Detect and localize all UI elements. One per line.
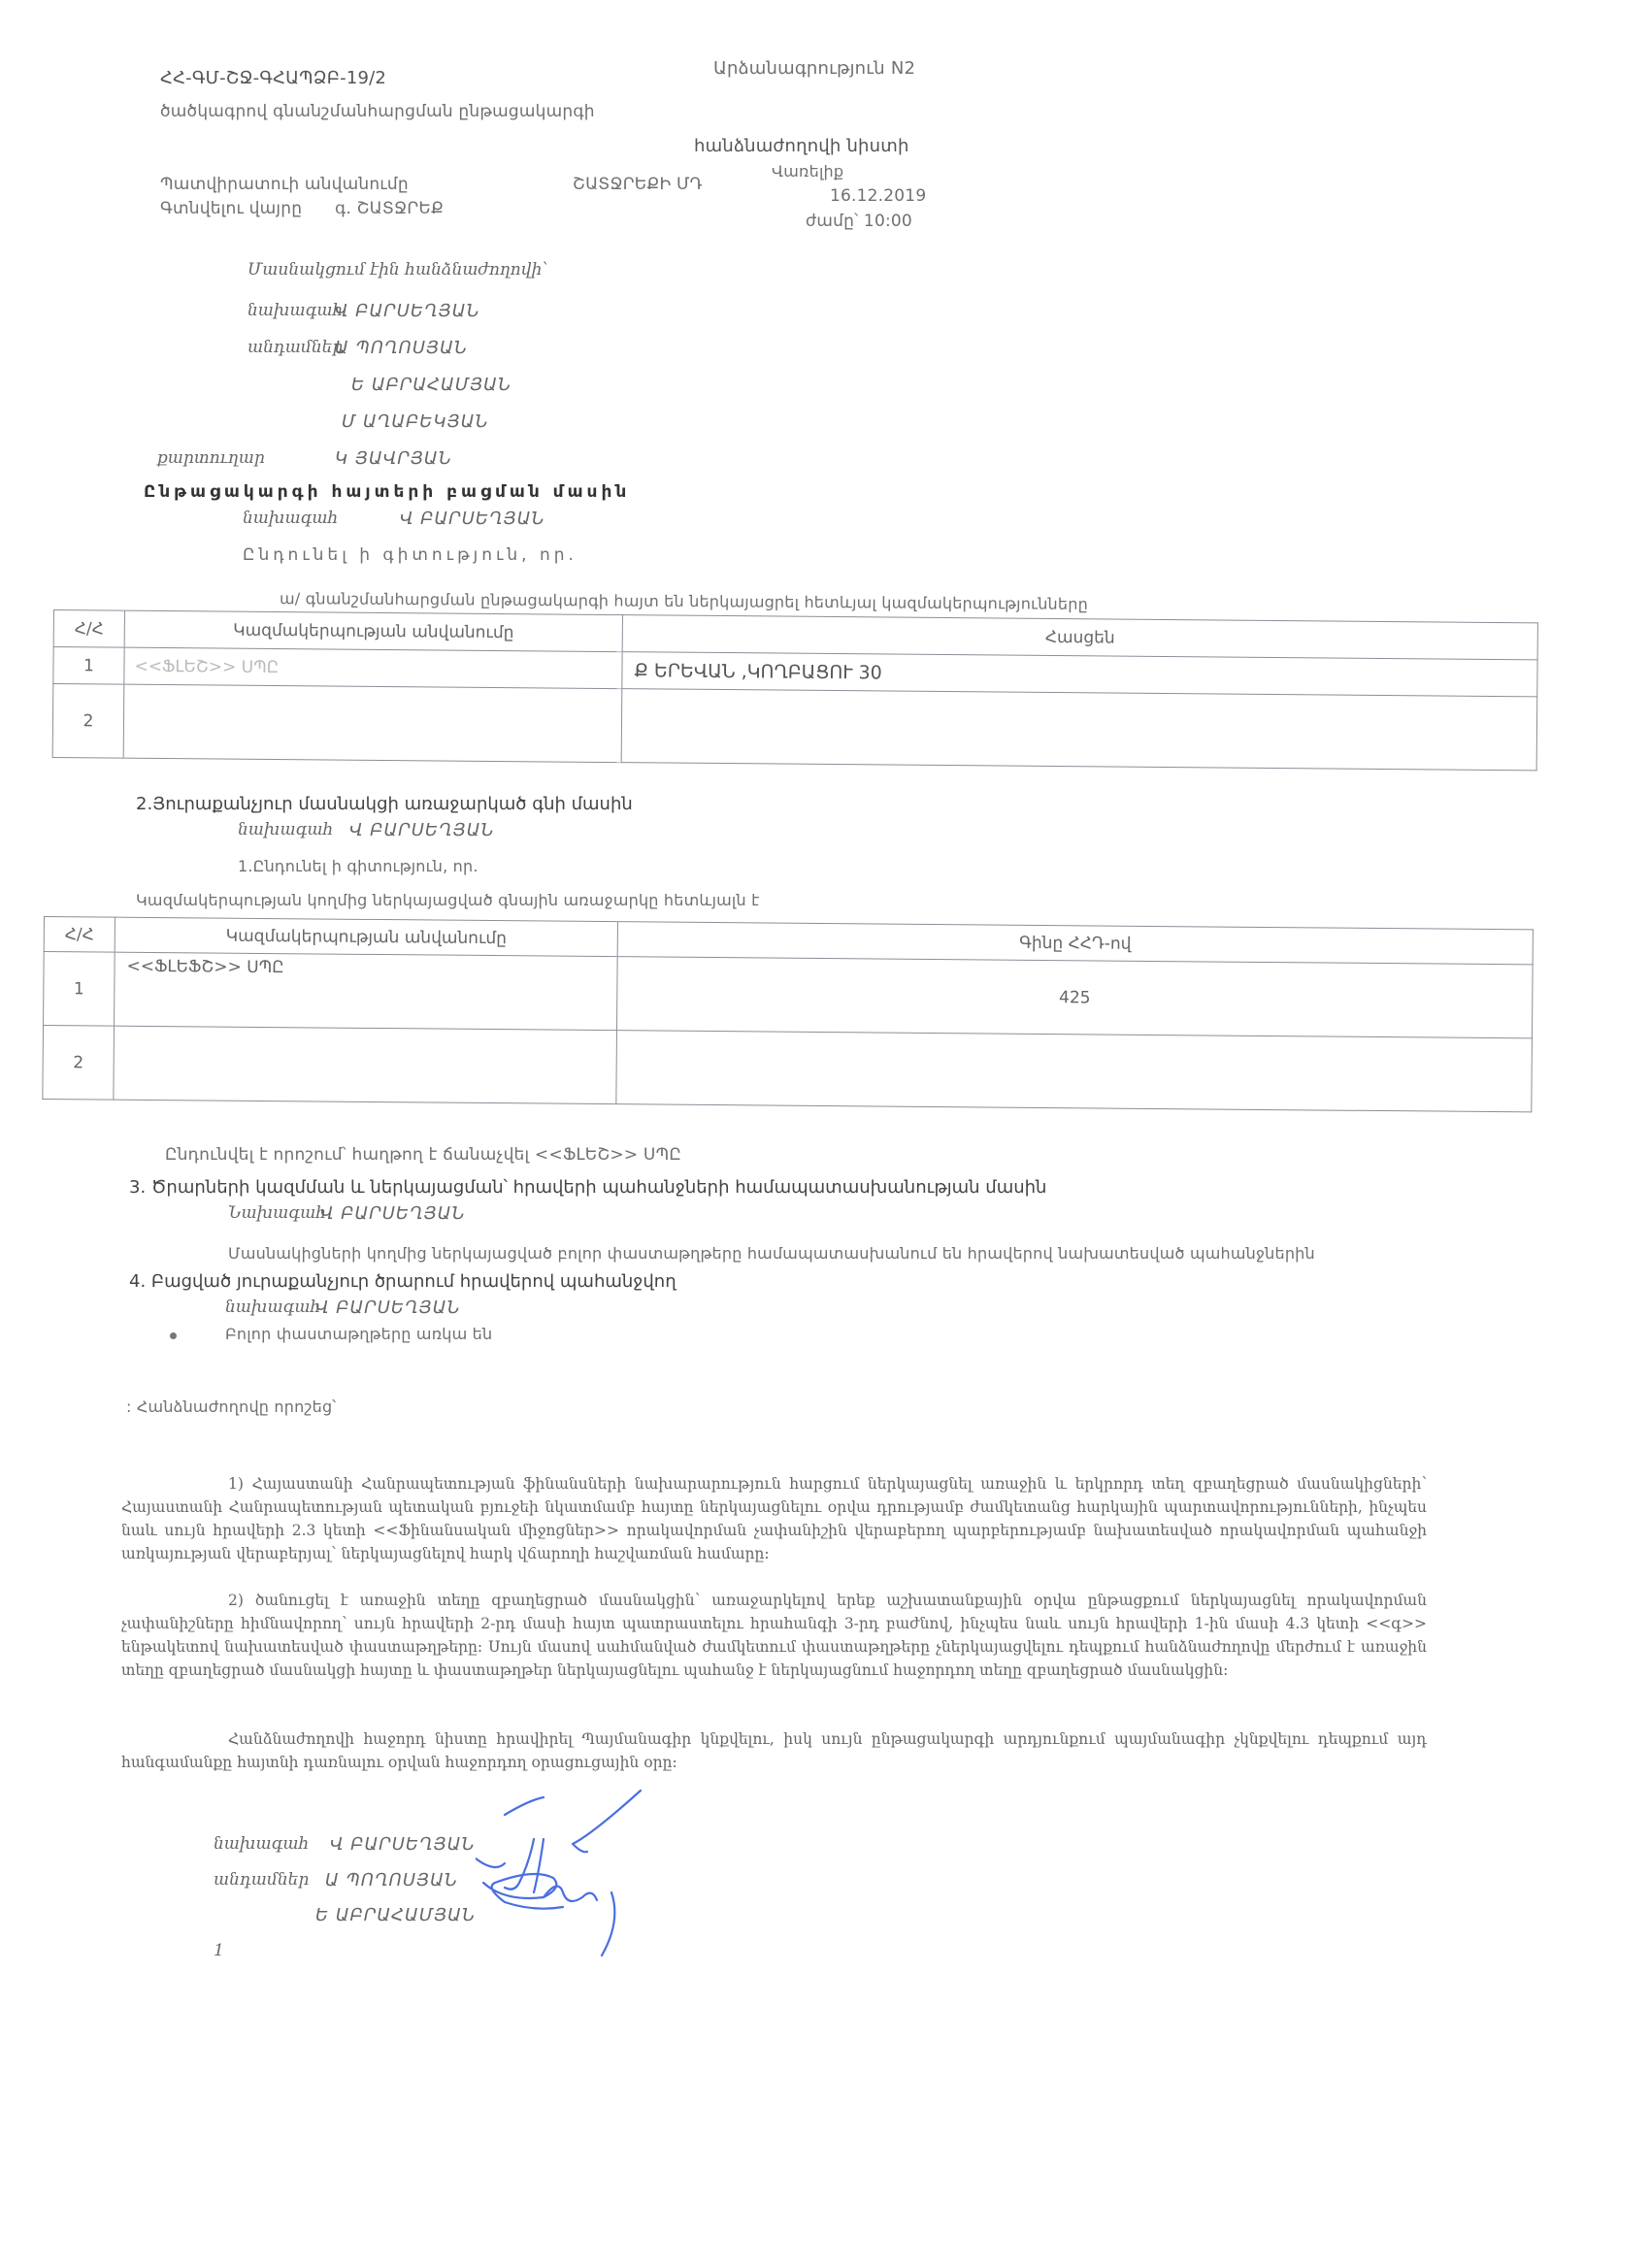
section4-chair-label: նախագահ <box>225 1298 320 1317</box>
sign-member: Ե ԱԲՐԱՀԱՄՅԱՆ <box>315 1905 476 1925</box>
section2-chair: Վ ԲԱՐՍԵՂՅԱՆ <box>349 820 495 840</box>
decision-paragraph-1: 1) Հայաստանի Հանրապետության ֆինանսների ն… <box>121 1472 1427 1565</box>
row-number: 1 <box>53 647 124 685</box>
procedure-type: ծածկագրով գնանշմանհարցման ընթացակարգի <box>160 102 595 121</box>
section3-title: 3. Ծրարների կազմման և ներկայացման՝ հրավե… <box>129 1177 1046 1198</box>
row-org-name <box>123 684 622 762</box>
col-header-name: Կազմակերպության անվանումը <box>124 610 622 651</box>
member-name: Մ ԱՂԱԲԵԿՅԱՆ <box>342 411 489 432</box>
section1-chair-label: նախագահ <box>243 509 338 528</box>
section2-note: Կազմակերպության կողմից ներկայացված գնայի… <box>136 891 760 909</box>
decision-title: : Հանձնաժողովը որոշեց՝ <box>126 1397 336 1416</box>
sign-member: Ա ՊՈՂՈՍՅԱՆ <box>325 1870 458 1890</box>
row-org-name: <<ՖԼԵՇ>> ՍՊԸ <box>124 647 622 688</box>
row-price: 425 <box>616 957 1533 1038</box>
table-row: 2 <box>52 684 1537 771</box>
col-header-name: Կազմակերպության անվանումը <box>115 917 617 957</box>
section3-chair: Վ ԲԱՐՍԵՂՅԱՆ <box>320 1203 466 1224</box>
section4-bullet-text: Բոլոր փաստաթղթերը առկա են <box>225 1325 492 1343</box>
members-label: անդամներ <box>247 338 343 357</box>
row-number: 2 <box>43 1026 115 1101</box>
section2-decision: Ընդունվել է որոշում՝ հաղթող է ճանաչվել <… <box>165 1145 681 1165</box>
document-code: ՀՀ-ԳՄ-ՇՋ-ԳՀԱՊՁԲ-19/2 <box>160 68 386 88</box>
row-price <box>616 1031 1533 1112</box>
prices-table: Հ/Հ Կազմակերպության անվանումը Գինը ՀՀԴ-ո… <box>42 916 1534 1112</box>
section2-decided: 1.Ընդունել ի գիտություն, որ. <box>238 857 478 875</box>
decision-paragraph-3: Հանձնաժողովի հաջորդ նիստը հրավիրել Պայմա… <box>121 1727 1427 1774</box>
section3-text: Մասնակիցների կողմից ներկայացված բոլոր փա… <box>228 1244 1315 1263</box>
customer-label: Պատվիրատուի անվանումը <box>160 175 409 194</box>
row-number: 1 <box>44 952 115 1027</box>
chair-name: Վ ԲԱՐՍԵՂՅԱՆ <box>335 301 480 321</box>
col-header-number: Հ/Հ <box>44 917 115 953</box>
col-header-number: Հ/Հ <box>53 610 124 648</box>
customer-value: ՇԱՏՋՐԵՔԻ ՄԴ <box>573 175 703 194</box>
held-label: Վառելիք <box>772 162 843 181</box>
location-value: գ. ՇԱՏՋՐԵՔ <box>335 199 444 218</box>
section2-chair-label: նախագահ <box>238 820 333 839</box>
bidders-table: Հ/Հ Կազմակերպության անվանումը Հասցեն 1 <… <box>52 609 1538 771</box>
section2-title: 2.Յուրաքանչյուր մասնակցի առաջարկած գնի մ… <box>136 794 633 814</box>
sign-members-label: անդամներ <box>214 1870 309 1890</box>
secretary-label: քարտուղար <box>157 448 265 468</box>
section1-note: ա/ գնանշմանհարցման ընթացակարգի հայտ են ն… <box>280 589 1088 613</box>
location-label: Գտնվելու վայրը <box>160 199 302 218</box>
meeting-title: հանձնաժողովի նիստի <box>694 136 909 156</box>
row-org-name <box>114 1026 617 1104</box>
bullet-icon <box>170 1332 177 1339</box>
section1-chair: Վ ԲԱՐՍԵՂՅԱՆ <box>400 509 545 529</box>
chair-label: նախագահ <box>247 301 343 320</box>
handwritten-signature-icon <box>476 1786 650 1970</box>
meeting-time: ժամը՝ 10:00 <box>806 212 912 231</box>
appendix-title: Արձանագրություն N2 <box>713 58 915 79</box>
sign-chair-label: նախագահ <box>214 1834 309 1854</box>
row-number: 2 <box>52 684 124 759</box>
section1-title: Ընթացակարգի հայտերի բացման մասին <box>144 482 630 502</box>
sign-chair: Վ ԲԱՐՍԵՂՅԱՆ <box>330 1834 476 1855</box>
meeting-date: 16.12.2019 <box>830 186 926 206</box>
section3-chair-label: Նախագահ <box>228 1203 326 1223</box>
attendees-title: Մասնակցում էին հանձնաժողովի՝ <box>247 260 548 279</box>
table-row: 2 <box>43 1026 1533 1112</box>
member-name: Ե ԱԲՐԱՀԱՄՅԱՆ <box>351 375 511 395</box>
member-name: Ա ՊՈՂՈՍՅԱՆ <box>335 338 468 358</box>
section4-title: 4. Բացված յուրաքանչյուր ծրարում հրավերով… <box>129 1271 676 1292</box>
secretary-name: Կ ՅԱՎՐՅԱՆ <box>335 448 452 469</box>
section4-chair: Վ ԲԱՐՍԵՂՅԱՆ <box>315 1298 461 1318</box>
page-mark: 1 <box>214 1941 224 1960</box>
row-address <box>621 689 1537 771</box>
table-row: 1 <<ՖԼԵՖՇ>> ՍՊԸ 425 <box>44 952 1534 1038</box>
section1-decided: Ընդունել ի գիտություն, որ. <box>243 545 577 565</box>
row-org-name: <<ՖԼԵՖՇ>> ՍՊԸ <box>115 952 618 1031</box>
decision-paragraph-2: 2) ծանուցել է առաջին տեղը զբաղեցրած մասն… <box>121 1589 1427 1682</box>
